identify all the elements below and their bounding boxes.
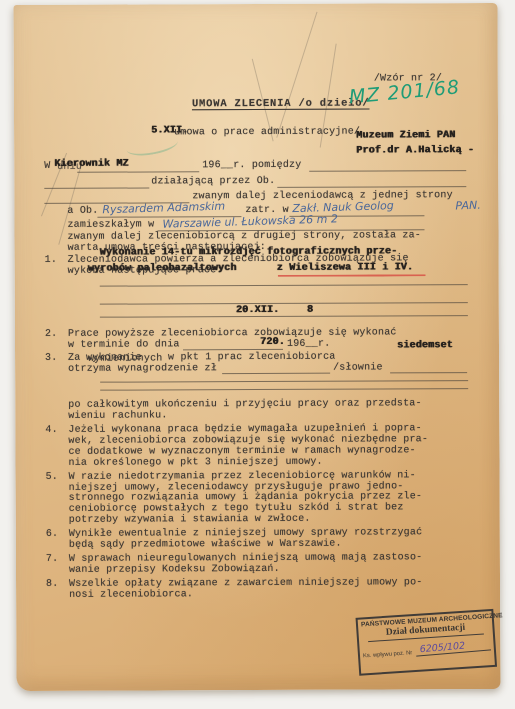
clause7-line: W sprawach nieuregulowanych niniejszą um… (69, 552, 423, 565)
clause2-number: 2. (45, 329, 57, 340)
blank-line (222, 373, 330, 374)
ruled-line (100, 284, 468, 287)
blank-line (309, 170, 466, 172)
blank-line (390, 372, 467, 373)
blank-line (183, 349, 283, 350)
clause4-number: 4. (45, 425, 57, 436)
red-underline (278, 274, 426, 277)
fill-720-typed: 720. (260, 337, 285, 348)
zamieszkalym-text: zamieszkałym w (67, 219, 154, 230)
ref-number-handwritten: MZ 201/68 (348, 76, 461, 108)
ruled-line (100, 380, 468, 383)
signer-name: Prof.dr A.Halicką - (356, 145, 474, 157)
scanned-contract-page: { "colors": { "paper": "#e1bd8b", "typed… (0, 0, 515, 709)
clause2-line2-pre: w terminie do dnia (68, 339, 180, 350)
dzialajaca-text: działającą przez Ob. (151, 176, 275, 188)
ruled-line (100, 388, 468, 391)
address-handwritten: Warszawie ul. Łukowska 26 m 2 (162, 212, 338, 230)
blank-line (44, 187, 149, 188)
clause2-line1: Prace powyższe zleceniobiorca zobowiązuj… (68, 327, 397, 339)
clause5-line: potrzeby wzywania i stawiania w zwłoce. (69, 514, 311, 526)
w-dniu-prefix: W (44, 161, 50, 172)
clause3-number: 3. (45, 353, 57, 364)
subtitle: umowa o prace administracyjne/ (174, 127, 360, 139)
pan-margin-handwritten: PAN. (455, 199, 481, 213)
clause3-line2-mid: /słownie (333, 362, 383, 373)
clause6-line: będą sądy przedmiotowe właściwe w Warsza… (69, 539, 342, 551)
a-ob-prefix: a Ob. (67, 206, 98, 217)
clause5-line: ceniobiorcę powstałych z tego tytułu szk… (69, 502, 404, 514)
document-title: UMOWA ZLECENIA /o dzieło/ (192, 99, 370, 111)
org-name: Muzeum Ziemi PAN (356, 130, 455, 141)
clause6-line: Wynikłe ewentualnie z niniejszej umowy s… (69, 527, 423, 540)
clause8-number: 8. (46, 579, 58, 590)
after-clause3-line2: wieniu rachunku. (68, 410, 167, 421)
kierownik-overtype: Kierownik MZ (54, 159, 128, 170)
work-description-overtype-3: z Wieliszewa III i IV. (277, 262, 413, 274)
blank-line (77, 171, 199, 173)
after-clause3-line1: po całkowitym ukończeniu i przyjęciu pra… (68, 398, 422, 411)
clause5-number: 5. (46, 472, 58, 483)
stamp-register-label: Ks. wpływu poz. Nr (363, 650, 413, 659)
clause3-post: w pkt 1 prac zleceniobiorca (168, 352, 335, 364)
amount-word-typed: siedemset (397, 340, 453, 351)
stamp-register-number-handwritten: 6205/102 (416, 639, 491, 656)
fill-date-typed: 20.XII. (236, 305, 279, 316)
aged-paper-sheet: /Wzór nr 2/ UMOWA ZLECENIA /o dzieło/ MZ… (14, 3, 501, 691)
clause4-line: nia określonego w pkt 3 niniejszej umowy… (68, 457, 322, 469)
work-description-overtype-2: wyrobów paleobazaltowych (88, 263, 237, 275)
contractor-name-handwritten: Ryszardem Adamskim (102, 200, 225, 217)
ruled-line (100, 302, 468, 305)
clause3-pre: Za (68, 353, 80, 364)
clause4-line: ce dodatkowe w wyznaczonym terminie w ra… (68, 445, 415, 458)
clause2-line2-post: 196__r. (287, 339, 330, 350)
clause3-line2-pre: otrzyma wynagrodzenie zł (68, 363, 217, 375)
clause8-line: nosi zleceniobiorca. (69, 589, 193, 601)
ruled-line (100, 315, 468, 318)
fill-number-typed: 8 (307, 305, 313, 316)
clause1-number: 1. (45, 255, 57, 266)
pencil-crease (276, 12, 317, 138)
clause6-number: 6. (46, 529, 58, 540)
museum-stamp: PAŃSTWOWE MUZEUM ARCHEOLOGICZNE Dział do… (356, 609, 497, 676)
clause7-number: 7. (46, 554, 58, 565)
zwanym2-text: zwanym dalej zleceniobiorcą z drugiej st… (67, 230, 421, 243)
clause7-line: wanie przepisy Kodeksu Zobowiązań. (69, 564, 280, 576)
date-mid-text: 196__r. pomiędzy (202, 160, 301, 171)
blank-line (277, 186, 466, 188)
clause8-line: Wszelkie opłaty związane z zawarciem nin… (69, 577, 423, 590)
